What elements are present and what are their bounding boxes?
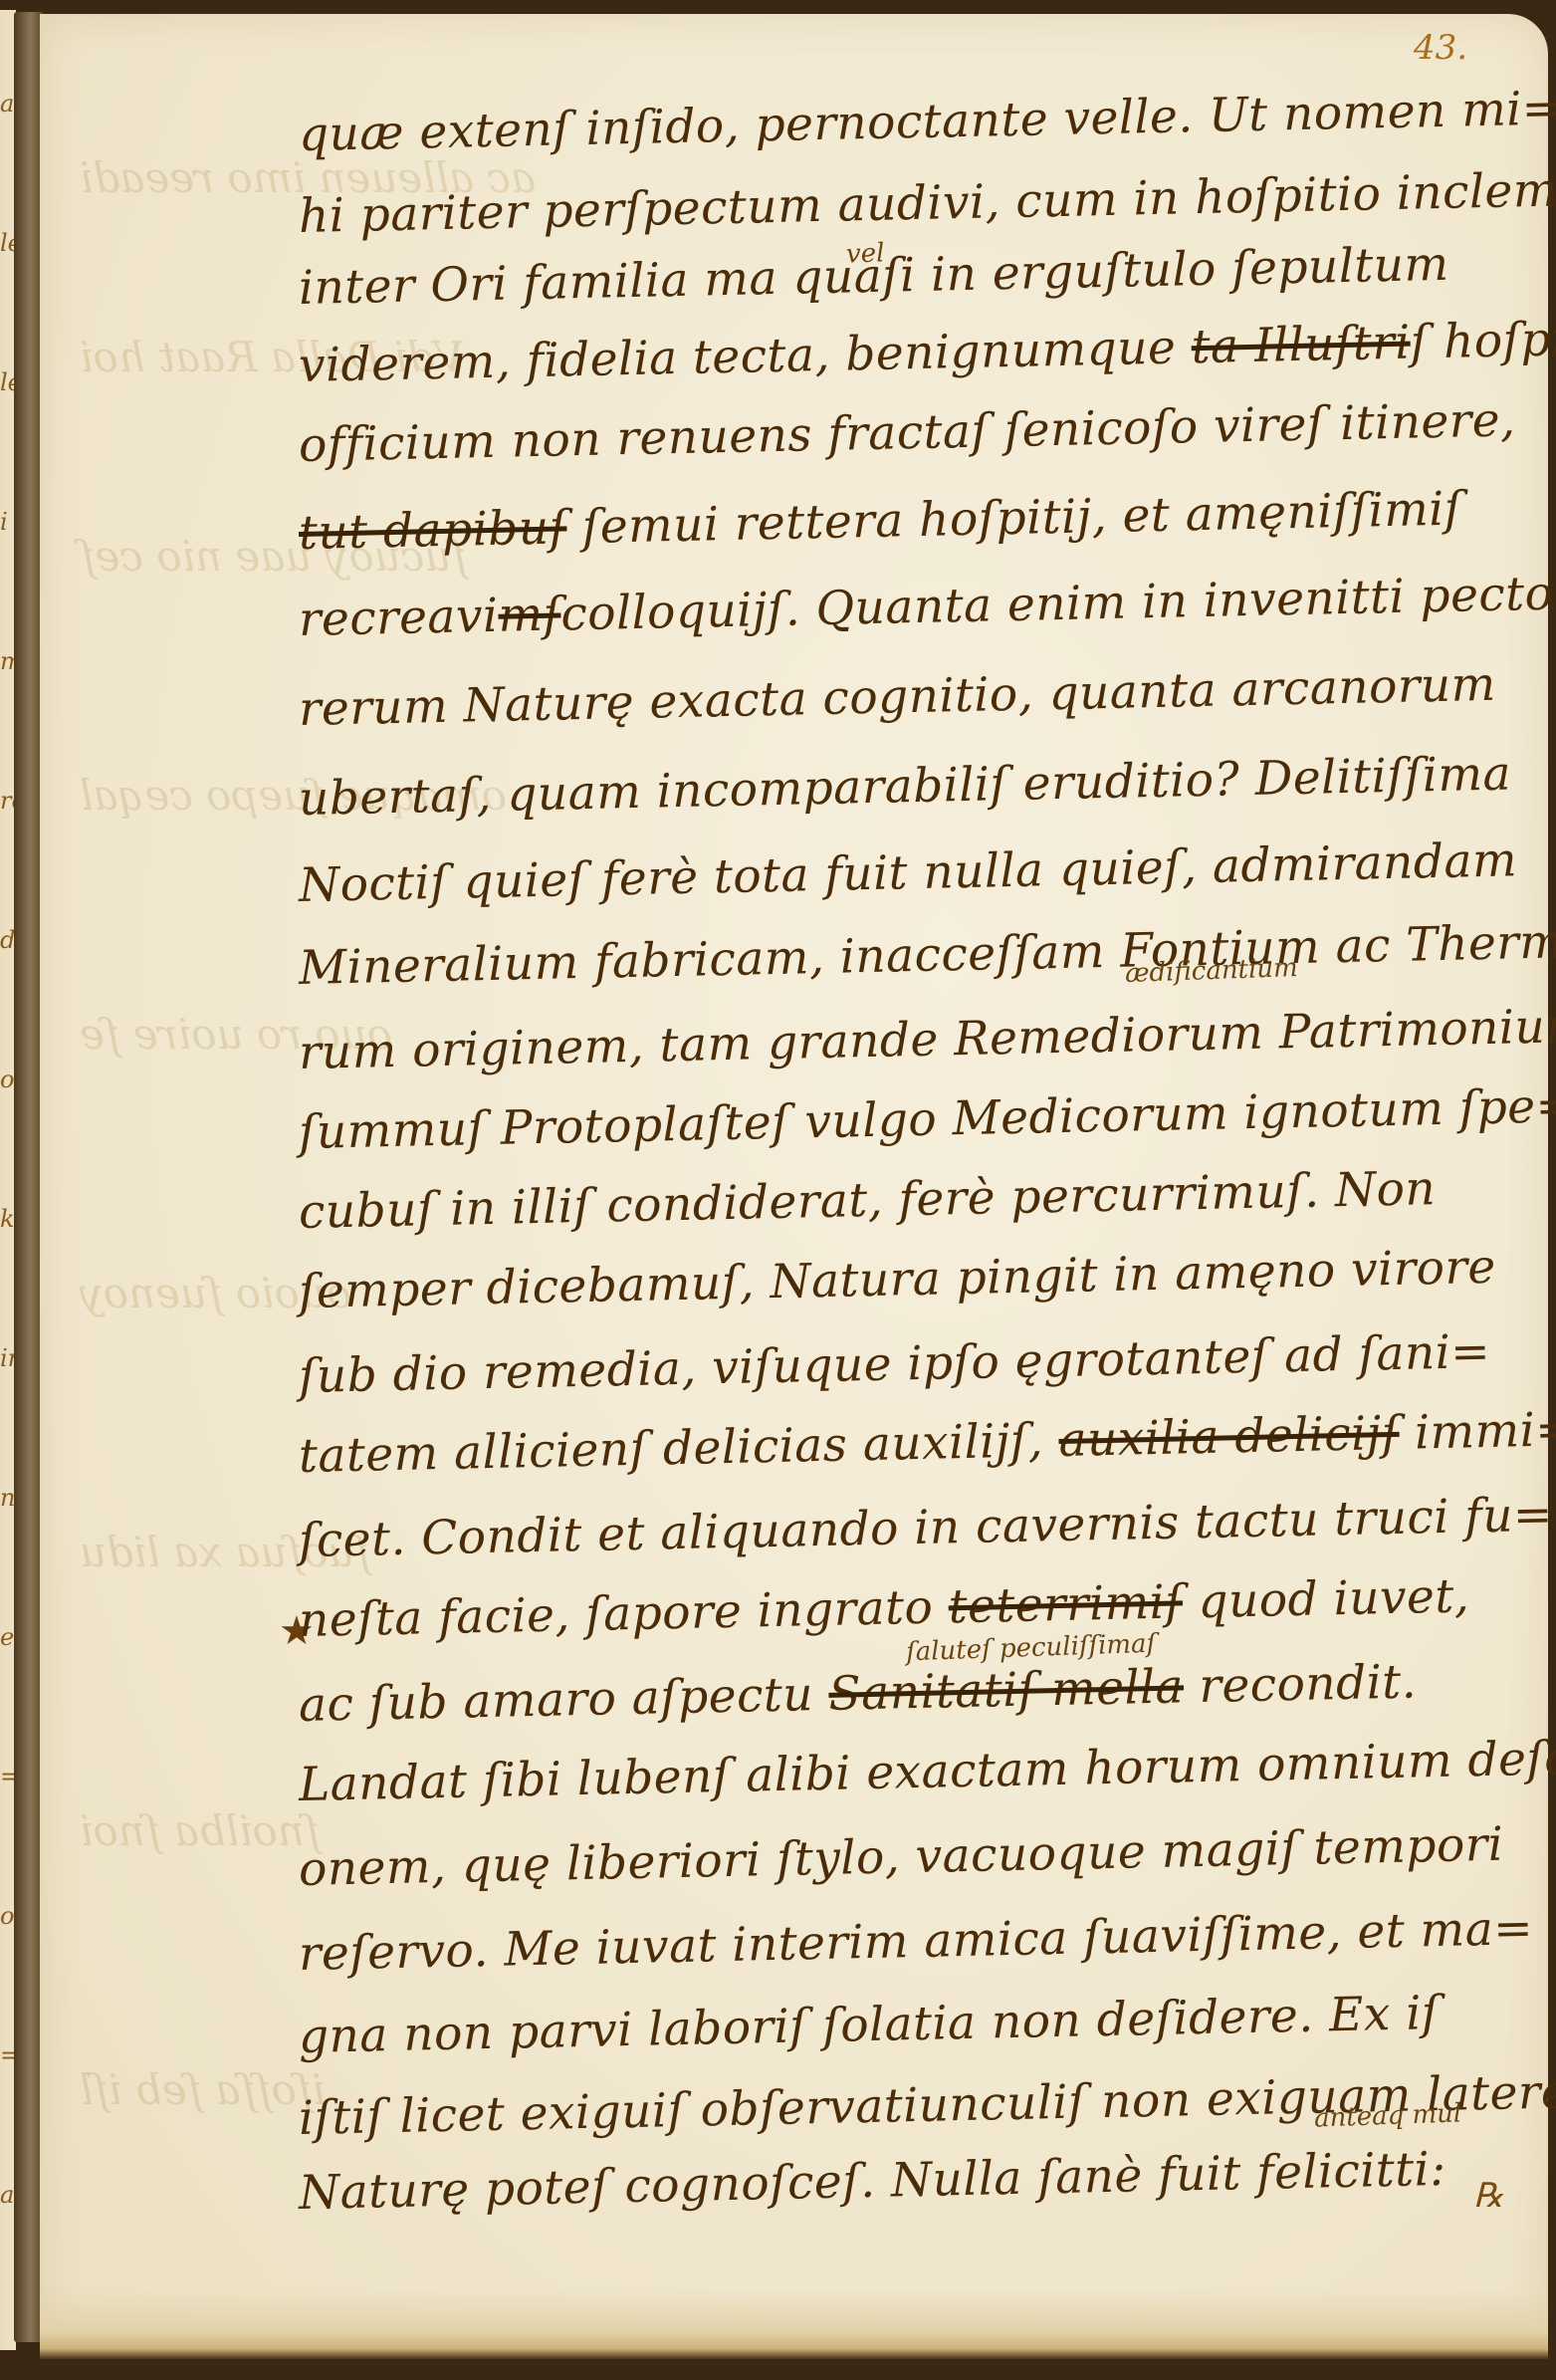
line-text: inter Ori familia: [298, 253, 689, 316]
facing-page-fragment: k: [0, 1205, 15, 1233]
struck-text: ta Illuſtri: [1191, 316, 1411, 375]
struck-text: auxilia delicijſ: [1058, 1406, 1400, 1468]
closing-flourish-mark: ℞: [1473, 2176, 1503, 2216]
facing-page-fragment: a: [0, 90, 14, 118]
struck-text: teterrimiſ: [948, 1574, 1183, 1634]
line-text-continued: felicitti:: [1256, 2142, 1446, 2201]
line-text: recreavi: [298, 589, 499, 647]
struck-text: Sanitatiſ mella: [828, 1659, 1185, 1721]
folio-number: 43.: [1414, 28, 1467, 68]
interlinear-insertion: vel: [845, 238, 884, 269]
struck-text: tut dapibuſ: [298, 500, 567, 561]
facing-page-fragment: a: [0, 2181, 14, 2209]
facing-page-fragment: o: [0, 1902, 14, 1930]
line-text-continued: immi=: [1414, 1402, 1556, 1460]
manuscript-scan: aleleimredokinne=o=a ac alleuen imo reea…: [0, 0, 1556, 2380]
line-text-continued: quod iuvet,: [1198, 1568, 1470, 1629]
line-text-continued: ſ hoſpitij: [1410, 311, 1556, 369]
interlinear-insertion: ædificantium: [1125, 953, 1299, 989]
bleed-through-text: iſoſſa ſeb iſl: [80, 2065, 326, 2114]
facing-page-fragment: o: [0, 1066, 14, 1093]
line-text-continued: Patrimonium, quod: [1278, 996, 1556, 1061]
facing-page-fragment: i: [0, 508, 8, 536]
line-text-continued: recondit.: [1199, 1654, 1418, 1714]
line-text: ac ſub amaro aſpectu: [298, 1667, 813, 1733]
facing-page-fragment: e: [0, 1623, 14, 1651]
struck-text: mſ: [498, 587, 561, 642]
bleed-through-text: ſnoilba ſnoi: [80, 1806, 320, 1855]
interlinear-insertion: anteaq mul: [1314, 2098, 1462, 2133]
